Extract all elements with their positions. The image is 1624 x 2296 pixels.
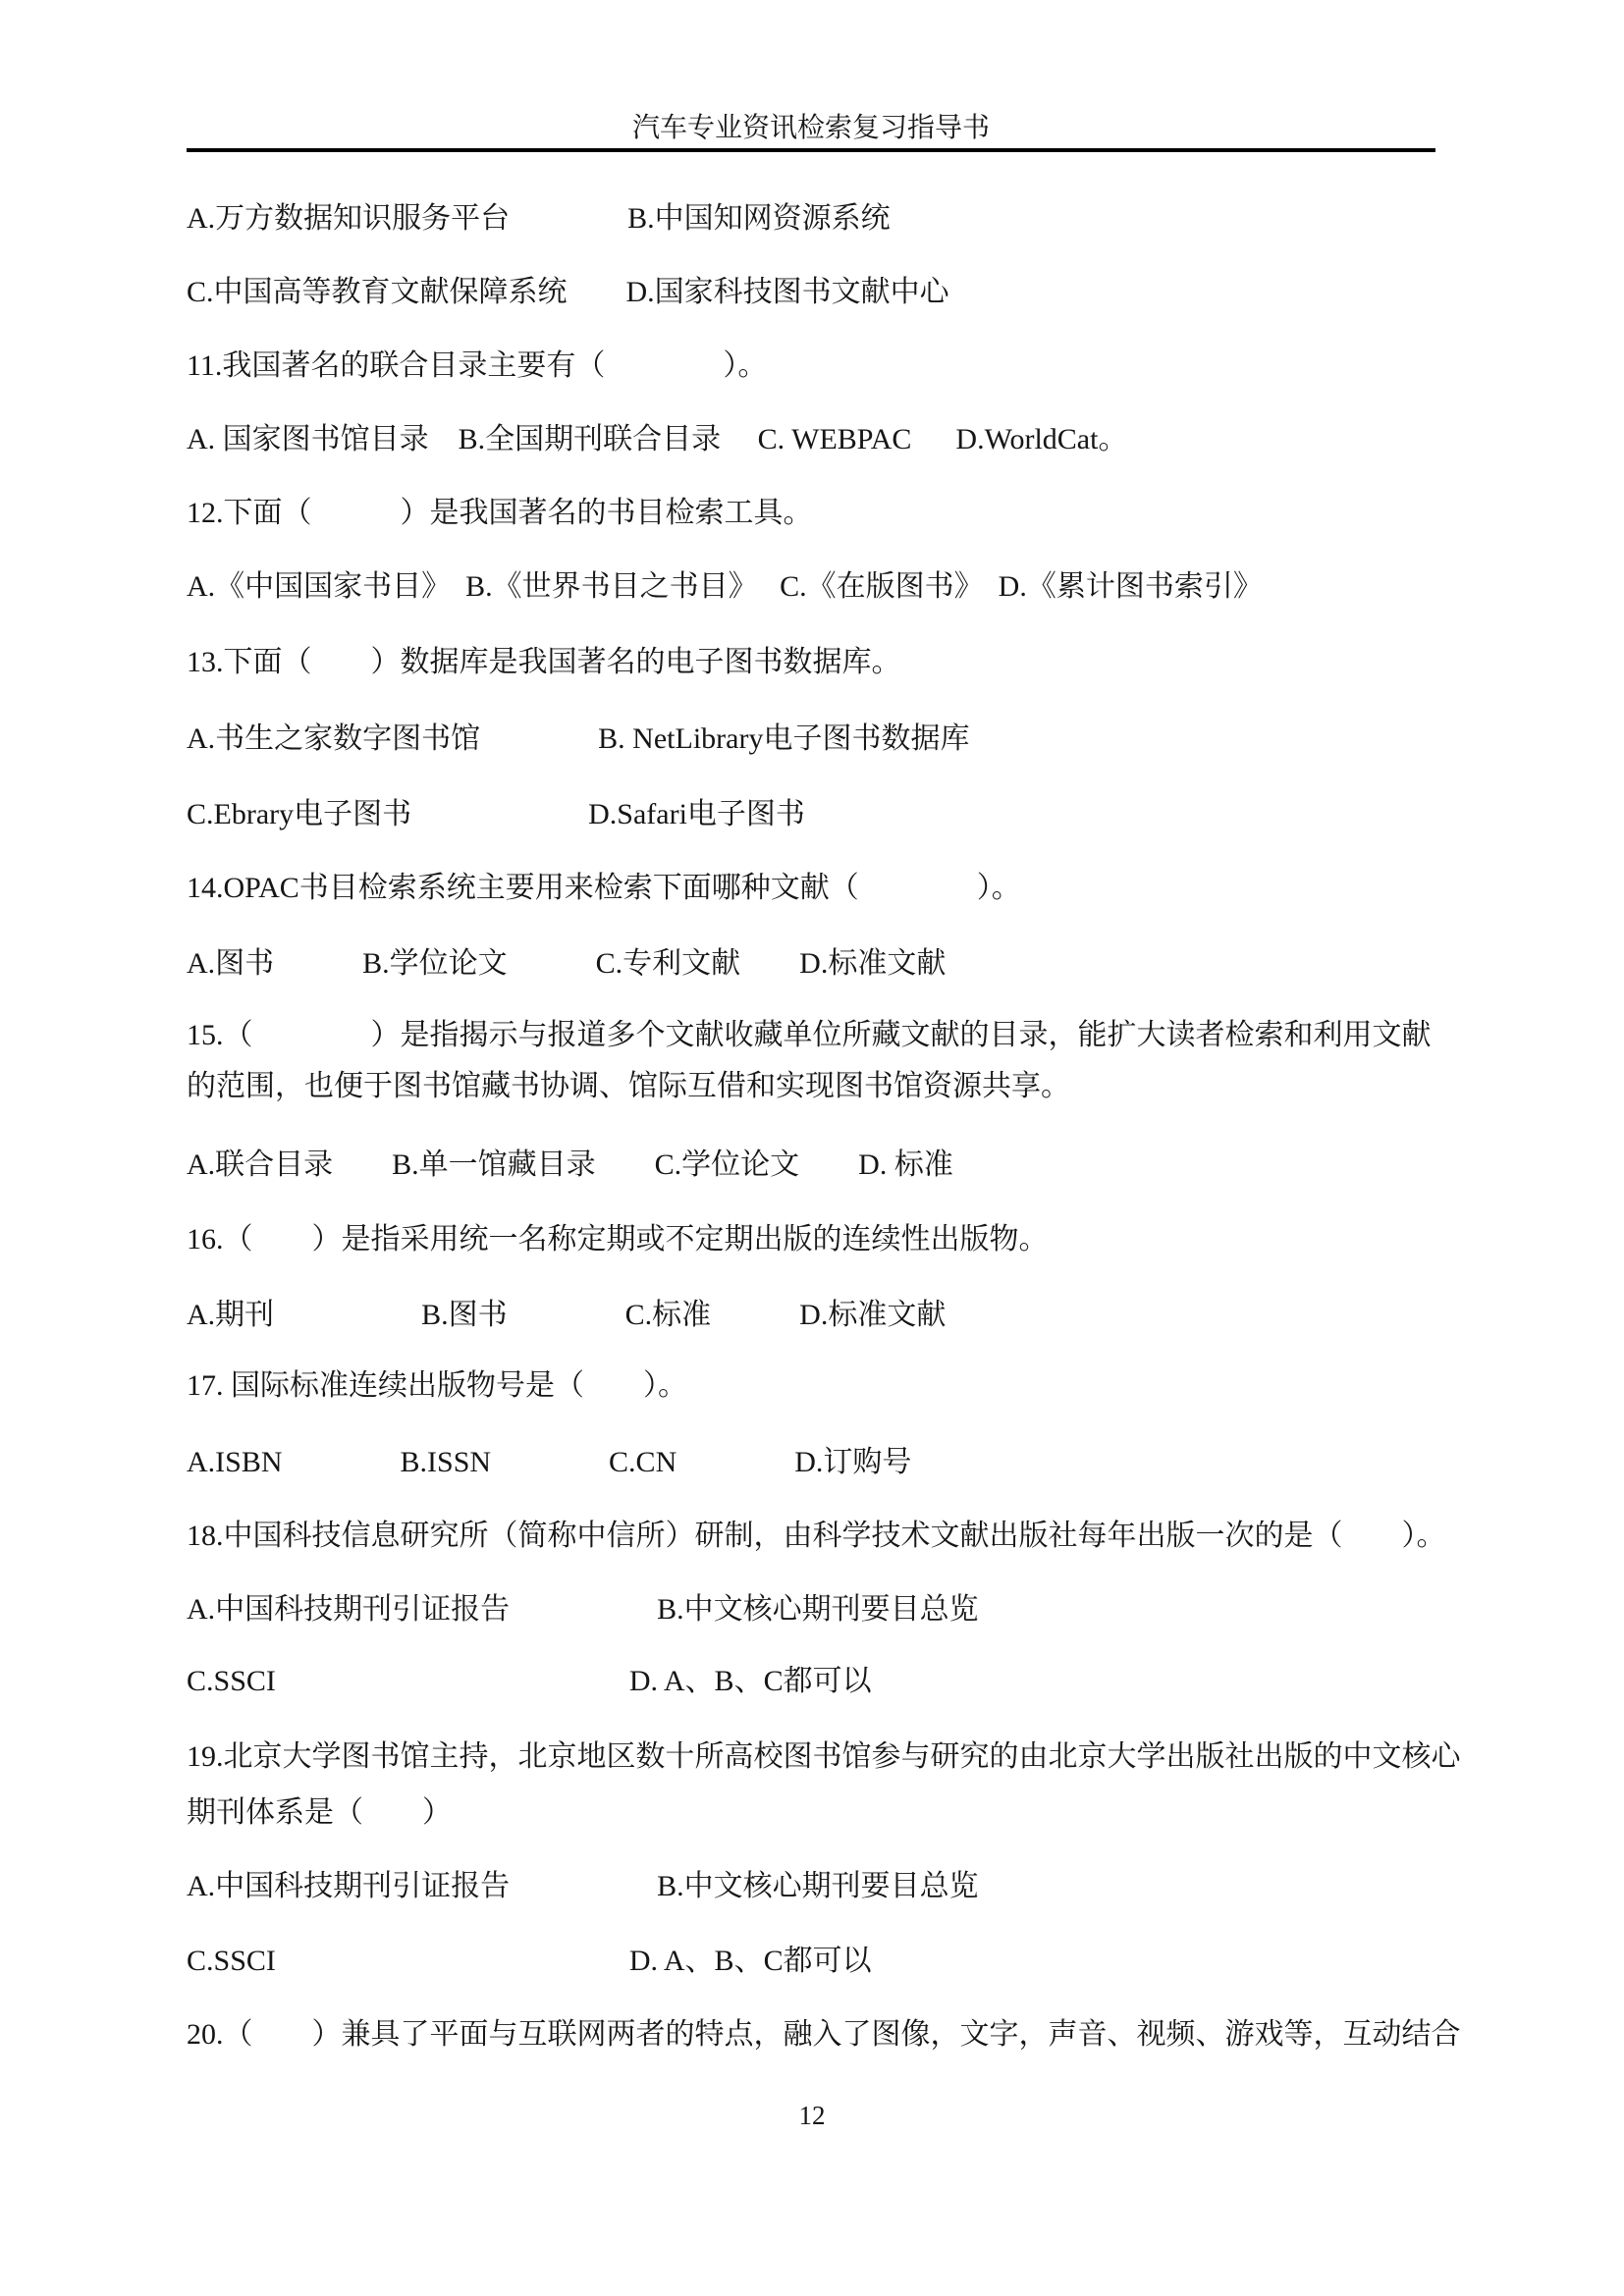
question-11-options: A. 国家图书馆目录 B.全国期刊联合目录 C. WEBPAC D.WorldC… <box>187 422 1127 457</box>
question10-options-ab: A.万方数据知识服务平台 B.中国知网资源系统 <box>187 201 891 237</box>
question-15-line1: 15.（ ）是指揭示与报道多个文献收藏单位所藏文献的目录，能扩大读者检索和利用文… <box>187 1018 1432 1053</box>
question-19-line2: 期刊体系是（ ） <box>187 1795 452 1831</box>
question-19-options-cd: C.SSCI D. A、B、C都可以 <box>187 1944 872 1979</box>
question10-options-cd: C.中国高等教育文献保障系统 D.国家科技图书文献中心 <box>187 275 949 310</box>
header-title: 汽车专业资讯检索复习指导书 <box>187 112 1435 145</box>
question-16: 16.（ ）是指采用统一名称定期或不定期出版的连续性出版物。 <box>187 1222 1049 1257</box>
question-19-line1: 19.北京大学图书馆主持，北京地区数十所高校图书馆参与研究的由北京大学出版社出版… <box>187 1739 1461 1775</box>
question-17: 17. 国际标准连续出版物号是（ ）。 <box>187 1368 687 1404</box>
question-17-options: A.ISBN B.ISSN C.CN D.订购号 <box>187 1445 911 1480</box>
question-18-options-ab: A.中国科技期刊引证报告 B.中文核心期刊要目总览 <box>187 1592 979 1628</box>
question-18: 18.中国科技信息研究所（简称中信所）研制，由科学技术文献出版社每年出版一次的是… <box>187 1519 1446 1554</box>
question-18-options-cd: C.SSCI D. A、B、C都可以 <box>187 1664 872 1699</box>
header-rule <box>187 148 1435 152</box>
question-13-options-cd: C.Ebrary电子图书 D.Safari电子图书 <box>187 797 805 832</box>
question-12: 12.下面（ ）是我国著名的书目检索工具。 <box>187 496 813 531</box>
page-number: 12 <box>0 2101 1624 2131</box>
question-12-options: A.《中国国家书目》 B.《世界书目之书目》 C.《在版图书》 D.《累计图书索… <box>187 569 1263 605</box>
question-15-options: A.联合目录 B.单一馆藏目录 C.学位论文 D. 标准 <box>187 1148 953 1183</box>
question-14-options: A.图书 B.学位论文 C.专利文献 D.标准文献 <box>187 946 946 982</box>
question-16-options: A.期刊 B.图书 C.标准 D.标准文献 <box>187 1298 946 1333</box>
document-page: 汽车专业资讯检索复习指导书 A.万方数据知识服务平台 B.中国知网资源系统 C.… <box>0 0 1624 2296</box>
question-13-options-ab: A.书生之家数字图书馆 B. NetLibrary电子图书数据库 <box>187 721 969 757</box>
question-19-options-ab: A.中国科技期刊引证报告 B.中文核心期刊要目总览 <box>187 1869 979 1904</box>
question-11: 11.我国著名的联合目录主要有（ ）。 <box>187 348 767 384</box>
question-15-line2: 的范围，也便于图书馆藏书协调、馆际互借和实现图书馆资源共享。 <box>187 1069 1070 1104</box>
question-20: 20.（ ）兼具了平面与互联网两者的特点，融入了图像，文字，声音、视频、游戏等，… <box>187 2017 1461 2053</box>
question-14: 14.OPAC书目检索系统主要用来检索下面哪种文献（ ）。 <box>187 871 1021 906</box>
question-13: 13.下面（ ）数据库是我国著名的电子图书数据库。 <box>187 645 901 680</box>
